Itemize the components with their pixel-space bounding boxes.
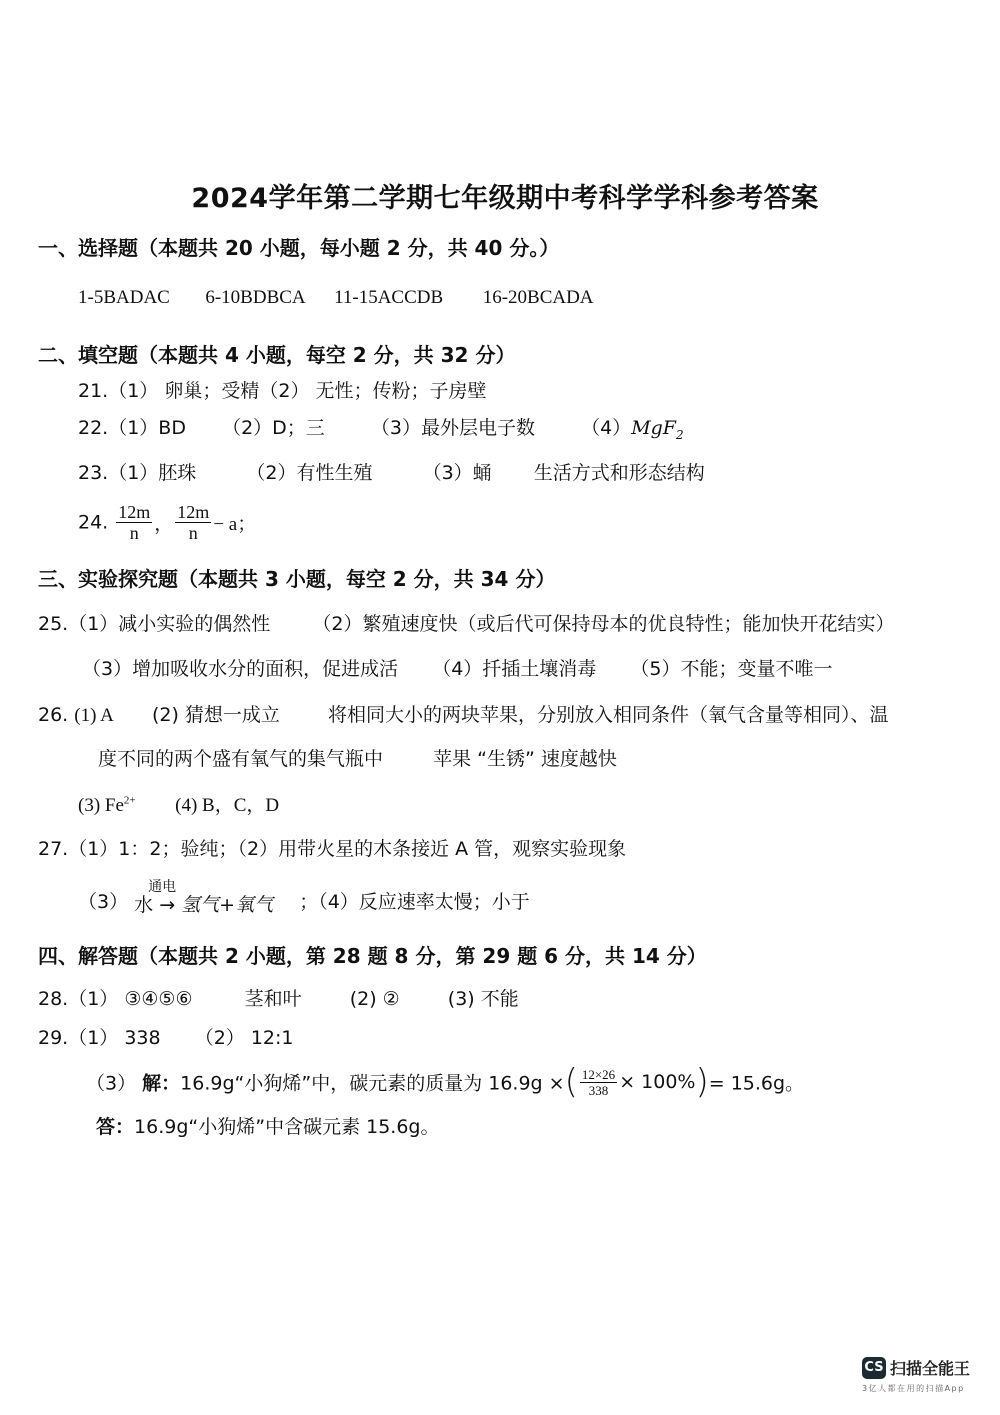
section-4-heading: 四、解答题（本题共 2 小题，第 28 题 8 分，第 29 题 6 分，共 1… (38, 940, 707, 969)
fraction-tail: × 100% (619, 1071, 695, 1093)
q27-part3-label: （3） (78, 891, 128, 913)
q22-part2: （2）D；三 (222, 417, 325, 439)
q29-part1: 29.（1） 338 (38, 1027, 161, 1049)
q24-answer: 24. 12mn，12mn− a； (78, 502, 256, 543)
choice-answers: 1-5BADAC 6-10BDBCA 11-15ACCDB 16-20BCADA (78, 287, 594, 309)
q21-part1: （1） 卵巢；受精 (108, 380, 259, 402)
q28-part2: (2) ② (350, 988, 400, 1010)
right-paren: ) (695, 1062, 708, 1102)
q25-line1: 25.（1）减小实验的偶然性 （2）繁殖速度快（或后代可保持母本的优良特性；能加… (38, 609, 895, 636)
q28-part1: （1） ③④⑤⑥ (68, 988, 192, 1010)
q28-part3: (3) 不能 (448, 988, 519, 1010)
answers-11-15: 11-15ACCDB (334, 287, 443, 308)
q27-part4: ；（4）反应速率太慢；小于 (299, 891, 530, 913)
q27-equation: 通电 水 → 氢气+氧气 (134, 878, 273, 914)
q21-answer: 21.（1） 卵巢；受精（2） 无性；传粉；子房壁 (78, 376, 487, 403)
q26-part2c: 度不同的两个盛有氧气的集气瓶中 (98, 748, 383, 770)
q22-formula-subscript: 2 (676, 428, 684, 442)
answers-1-5: 1-5BADAC (78, 287, 170, 308)
q26-part2b: 将相同大小的两块苹果，分别放入相同条件（氧气含量等相同）、温 (328, 704, 889, 726)
watermark-name: 扫描全能王 (890, 1359, 970, 1378)
scanner-watermark: CS扫描全能王 3亿人都在用的扫描App (862, 1356, 970, 1394)
q26-part2d: 苹果 “生锈” 速度越快 (433, 748, 617, 770)
q25-part4: （4）扦插土壤消毒 (432, 658, 596, 680)
q25-part5: （5）不能；变量不唯一 (630, 658, 832, 680)
answer-text: 16.9g“小狗烯”中含碳元素 15.6g。 (134, 1116, 439, 1138)
q26-ion-charge: 2+ (124, 795, 136, 807)
q25-line2: （3）增加吸收水分的面积，促进成活 （4）扦插土壤消毒 （5）不能；变量不唯一 (82, 654, 832, 681)
q23-part1: （1）胚珠 (108, 462, 196, 484)
q24-tail: − a； (213, 514, 256, 535)
q26-part3: (3) Fe (78, 795, 124, 816)
q24-fraction-2: 12mn (175, 502, 211, 543)
q26-line1: 26. (1) A (2) 猜想一成立 将相同大小的两块苹果，分别放入相同条件（… (38, 700, 889, 727)
q21-part2: （2） 无性；传粉；子房壁 (259, 380, 486, 402)
q24-fraction-1: 12mn (116, 502, 152, 543)
q25-part1: 25.（1）减小实验的偶然性 (38, 613, 270, 635)
q23-part3b: 生活方式和形态结构 (534, 462, 705, 484)
q26-line3: (3) Fe2+ (4) B，C，D (78, 790, 279, 817)
section-2-heading: 二、填空题（本题共 4 小题，每空 2 分，共 32 分） (38, 339, 515, 368)
solve-result: = 15.6g。 (709, 1073, 804, 1095)
q25-part3: （3）增加吸收水分的面积，促进成活 (82, 658, 398, 680)
q21-number: 21. (78, 380, 108, 402)
answers-6-10: 6-10BDBCA (205, 287, 304, 308)
q26-part2: (2) 猜想一成立 (152, 704, 280, 726)
q22-part1: （1）BD (108, 417, 186, 439)
q23-number: 23. (78, 462, 108, 484)
q27-line2: （3） 通电 水 → 氢气+氧气 ；（4）反应速率太慢；小于 (78, 878, 530, 914)
left-paren: ( (565, 1062, 578, 1102)
q29-part2: （2） 12:1 (195, 1027, 294, 1049)
answers-16-20: 16-20BCADA (483, 287, 594, 308)
solve-label: 解： (142, 1073, 180, 1095)
q23-part3: （3）蛹 (423, 462, 492, 484)
q22-part3: （3）最外层电子数 (371, 417, 535, 439)
section-3-heading: 三、实验探究题（本题共 3 小题，每空 2 分，共 34 分） (38, 563, 555, 592)
q29-line1: 29.（1） 338 （2） 12:1 (38, 1023, 294, 1050)
q27-reactant: 水 (134, 894, 153, 916)
q28-part1b: 茎和叶 (245, 988, 302, 1010)
q29-answer: 答：16.9g“小狗烯”中含碳元素 15.6g。 (96, 1112, 439, 1139)
q29-part3-label: （3） (86, 1073, 136, 1095)
arrow-icon: → (159, 894, 175, 916)
q26-part1: (1) A (74, 705, 114, 726)
q25-part2: （2）繁殖速度快（或后代可保持母本的优良特性；能加快开花结实） (312, 613, 894, 635)
watermark-tagline: 3亿人都在用的扫描App (862, 1383, 970, 1394)
q29-fraction: 12×26338 (580, 1067, 617, 1098)
answer-label: 答： (96, 1116, 134, 1138)
q24-number: 24. (78, 512, 108, 534)
q28-number: 28. (38, 988, 68, 1010)
q22-answer: 22.（1）BD （2）D；三 （3）最外层电子数 （4）MgF2 (78, 413, 684, 442)
q26-part4: (4) B，C，D (175, 795, 279, 816)
q29-solution: （3） 解：16.9g“小狗烯”中，碳元素的质量为 16.9g ×(12×263… (86, 1062, 804, 1102)
section-1-heading: 一、选择题（本题共 20 小题，每小题 2 分，共 40 分。） (38, 232, 559, 261)
q22-formula: MgF (631, 417, 676, 439)
q22-number: 22. (78, 417, 108, 439)
q26-number: 26. (38, 704, 68, 726)
q26-line2: 度不同的两个盛有氧气的集气瓶中 苹果 “生锈” 速度越快 (98, 744, 617, 771)
q27-line1: 27.（1）1：2；验纯；（2）用带火星的木条接近 A 管，观察实验现象 (38, 834, 626, 861)
solve-text: 16.9g“小狗烯”中，碳元素的质量为 16.9g × (180, 1073, 564, 1095)
q23-part2: （2）有性生殖 (246, 462, 372, 484)
document-title: 2024学年第二学期七年级期中考科学学科参考答案 (0, 176, 1000, 215)
q23-answer: 23.（1）胚珠 （2）有性生殖 （3）蛹 生活方式和形态结构 (78, 458, 705, 485)
q27-products: 氢气+氧气 (181, 894, 273, 916)
q22-part4-label: （4） (581, 417, 631, 439)
q28-answer: 28.（1） ③④⑤⑥ 茎和叶 (2) ② (3) 不能 (38, 984, 519, 1011)
camscanner-logo-icon: CS (862, 1357, 886, 1379)
